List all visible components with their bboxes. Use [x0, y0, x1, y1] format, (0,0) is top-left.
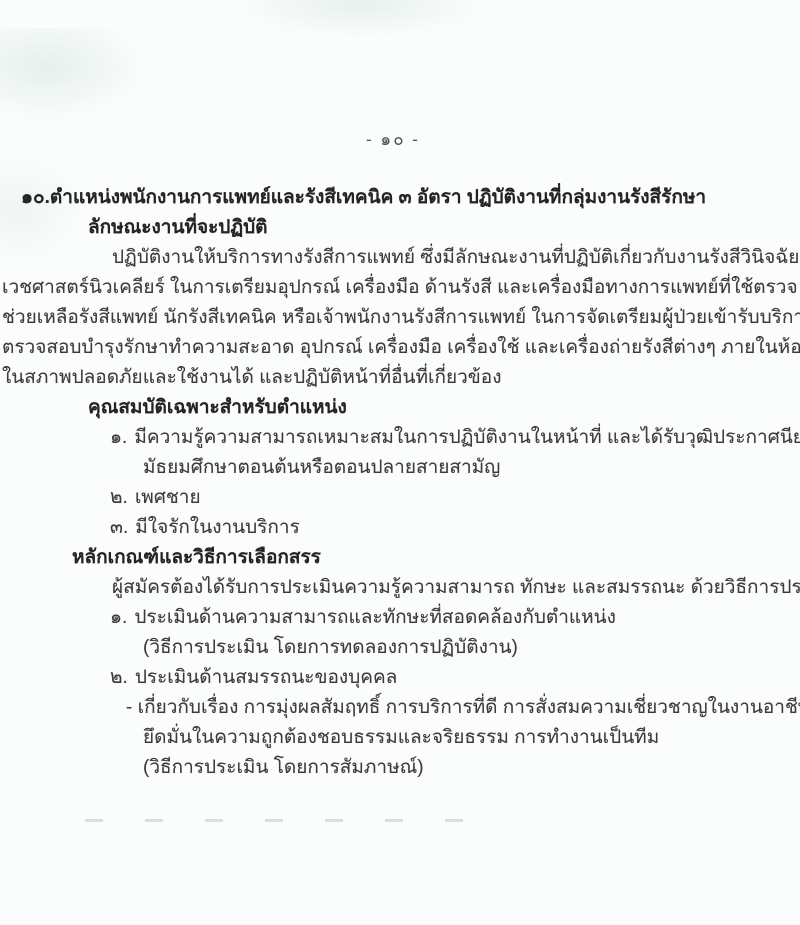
- list-item-text: ประเมินด้านสมรรถนะของบุคคล: [135, 667, 398, 688]
- qualification-item: ๑.มีความรู้ความสามารถเหมาะสมในการปฏิบัติ…: [110, 423, 800, 453]
- qualifications-heading: คุณสมบัติเฉพาะสำหรับตำแหน่ง: [88, 393, 800, 423]
- section-title: ๑๐.ตำแหน่งพนักงานการแพทย์และรังสีเทคนิค …: [21, 183, 800, 213]
- selection-heading: หลักเกณฑ์และวิธีการเลือกสรร: [72, 543, 800, 573]
- duties-paragraph-line: ตรวจสอบบำรุงรักษาทำความสะอาด อุปกรณ์ เคร…: [2, 333, 800, 363]
- scan-specks: [85, 819, 485, 822]
- list-item-text: เพศชาย: [135, 487, 201, 508]
- list-item-number: ๒.: [110, 663, 128, 693]
- duties-paragraph-line: ปฏิบัติงานให้บริการทางรังสีการแพทย์ ซึ่ง…: [112, 243, 800, 273]
- duties-paragraph-line: เวชศาสตร์นิวเคลียร์ ในการเตรียมอุปกรณ์ เ…: [2, 273, 800, 303]
- scanned-document-page: - ๑๐ - ๑๐.ตำแหน่งพนักงานการแพทย์และรังสี…: [0, 0, 800, 925]
- duties-paragraph-line: ช่วยเหลือรังสีแพทย์ นักรังสีเทคนิค หรือเ…: [2, 303, 800, 333]
- page-number: - ๑๐ -: [0, 126, 786, 153]
- list-item-number: ๓.: [110, 513, 128, 543]
- scan-smudge: [0, 28, 150, 123]
- list-item-number: ๑.: [110, 423, 127, 453]
- selection-item-method: (วิธีการประเมิน โดยการสัมภาษณ์): [143, 753, 800, 783]
- list-item-text: มีใจรักในงานบริการ: [135, 517, 300, 538]
- selection-item: ๒.ประเมินด้านสมรรถนะของบุคคล: [110, 663, 800, 693]
- selection-item-detail: - เกี่ยวกับเรื่อง การมุ่งผลสัมฤทธิ์ การบ…: [126, 693, 800, 723]
- qualification-item: ๓.มีใจรักในงานบริการ: [110, 513, 800, 543]
- duties-heading: ลักษณะงานที่จะปฏิบัติ: [88, 213, 800, 243]
- duties-paragraph-line: ในสภาพปลอดภัยและใช้งานได้ และปฏิบัติหน้า…: [2, 363, 800, 393]
- selection-item-method: (วิธีการประเมิน โดยการทดลองการปฏิบัติงาน…: [143, 633, 800, 663]
- scan-smudge: [230, 0, 490, 40]
- selection-item-detail-continuation: ยึดมั่นในความถูกต้องชอบธรรมและจริยธรรม ก…: [143, 723, 800, 753]
- qualification-item: ๒.เพศชาย: [110, 483, 800, 513]
- selection-item: ๑.ประเมินด้านความสามารถและทักษะที่สอดคล้…: [110, 603, 800, 633]
- list-item-number: ๒.: [110, 483, 128, 513]
- list-item-text: มีความรู้ความสามารถเหมาะสมในการปฏิบัติงา…: [134, 427, 800, 448]
- selection-intro: ผู้สมัครต้องได้รับการประเมินความรู้ความส…: [112, 573, 800, 603]
- qualification-item-continuation: มัธยมศึกษาตอนต้นหรือตอนปลายสายสามัญ: [143, 453, 800, 483]
- list-item-number: ๑.: [110, 603, 127, 633]
- list-item-text: ประเมินด้านความสามารถและทักษะที่สอดคล้อง…: [134, 607, 616, 628]
- document-body: ๑๐.ตำแหน่งพนักงานการแพทย์และรังสีเทคนิค …: [0, 183, 800, 783]
